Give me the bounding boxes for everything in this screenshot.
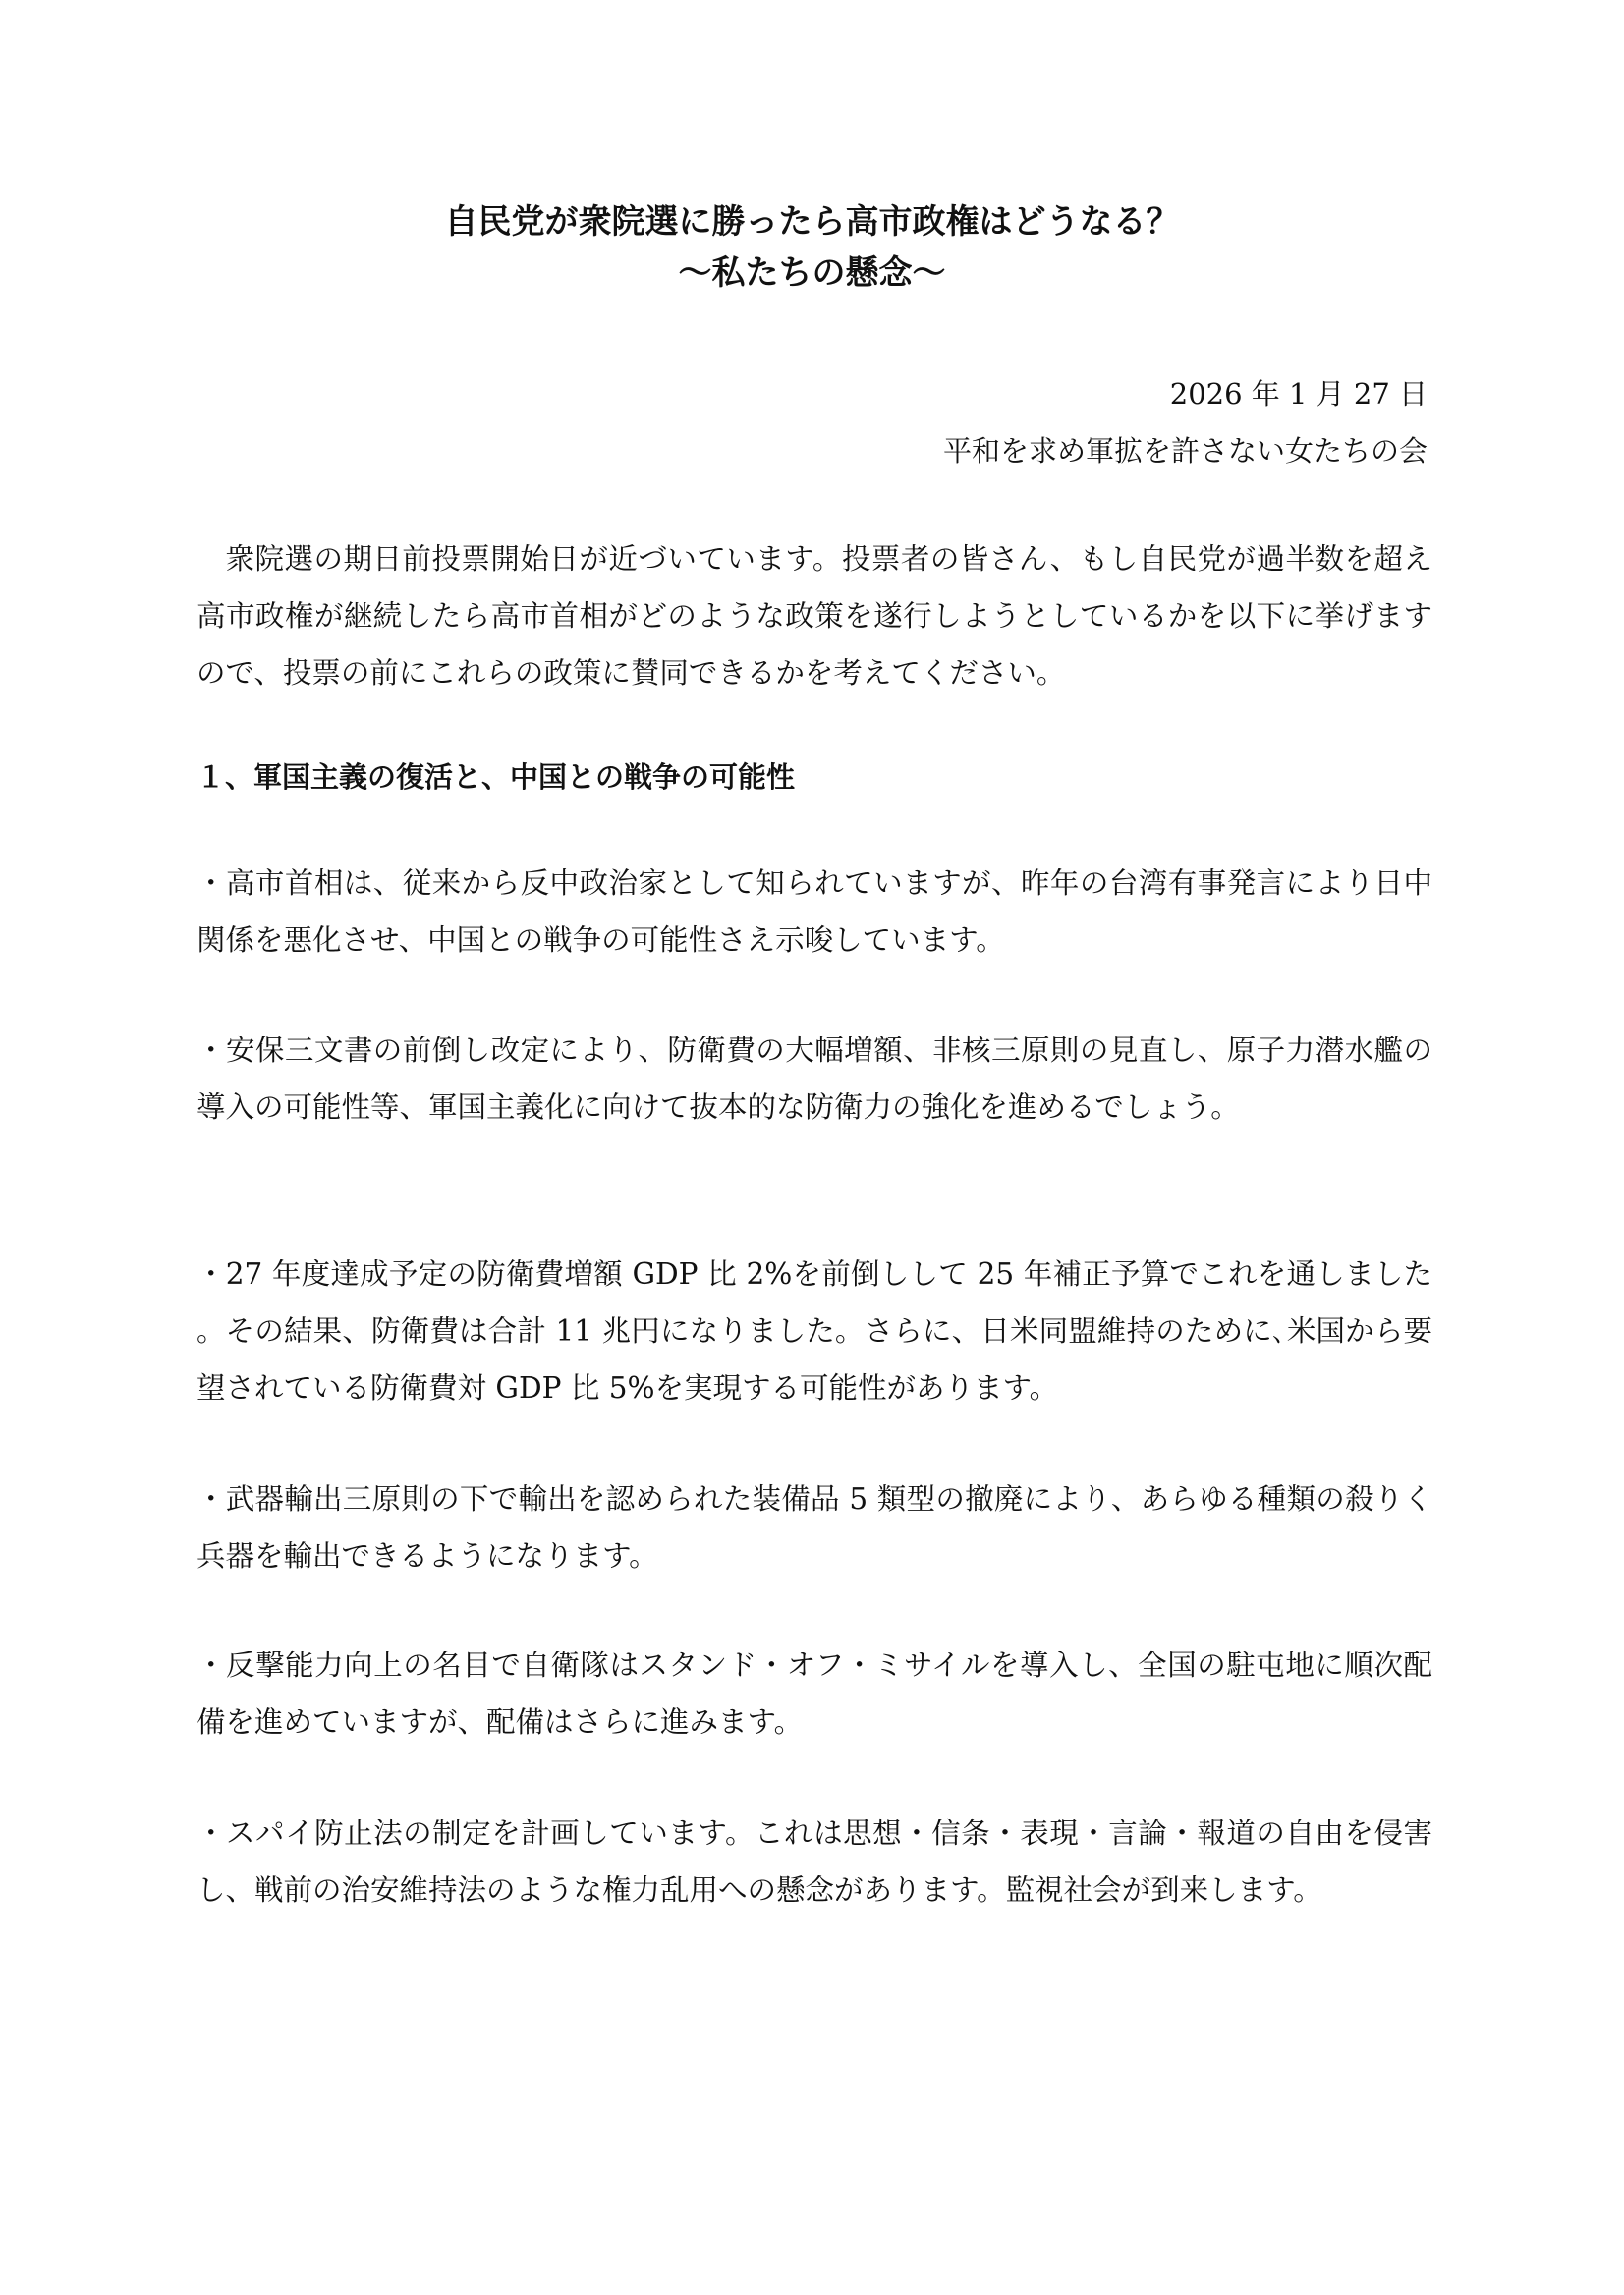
bullet-item: ・武器輸出三原則の下で輸出を認められた装備品 5 類型の撤廃により、あらゆる種類… xyxy=(196,1471,1432,1585)
title-line-2: 〜私たちの懸念〜 xyxy=(0,248,1624,299)
document-author: 平和を求め軍拡を許さない女たちの会 xyxy=(943,422,1428,479)
document-page: 自民党が衆院選に勝ったら高市政権はどうなる？ 〜私たちの懸念〜 2026 年 1… xyxy=(0,0,1624,2295)
document-title: 自民党が衆院選に勝ったら高市政権はどうなる？ 〜私たちの懸念〜 xyxy=(0,196,1624,299)
document-date: 2026 年 1 月 27 日 xyxy=(943,365,1428,422)
bullet-item: ・高市首相は、従来から反中政治家として知られていますが、昨年の台湾有事発言により… xyxy=(196,855,1432,969)
bullet-item: ・安保三文書の前倒し改定により、防衛費の大幅増額、非核三原則の見直し、原子力潜水… xyxy=(196,1022,1432,1136)
bullet-item: ・27 年度達成予定の防衛費増額 GDP 比 2%を前倒しして 25 年補正予算… xyxy=(196,1246,1432,1417)
section-heading-1: １、軍国主義の復活と、中国との戦争の可能性 xyxy=(196,749,795,806)
bullet-item: ・スパイ防止法の制定を計画しています。これは思想・信条・表現・言論・報道の自由を… xyxy=(196,1805,1432,1919)
bullet-item: ・反撃能力向上の名目で自衛隊はスタンド・オフ・ミサイルを導入し、全国の駐屯地に順… xyxy=(196,1637,1432,1751)
intro-paragraph: 衆院選の期日前投票開始日が近づいています。投票者の皆さん、もし自民党が過半数を超… xyxy=(196,531,1432,701)
title-line-1: 自民党が衆院選に勝ったら高市政権はどうなる？ xyxy=(0,196,1624,248)
document-meta: 2026 年 1 月 27 日 平和を求め軍拡を許さない女たちの会 xyxy=(943,365,1428,479)
